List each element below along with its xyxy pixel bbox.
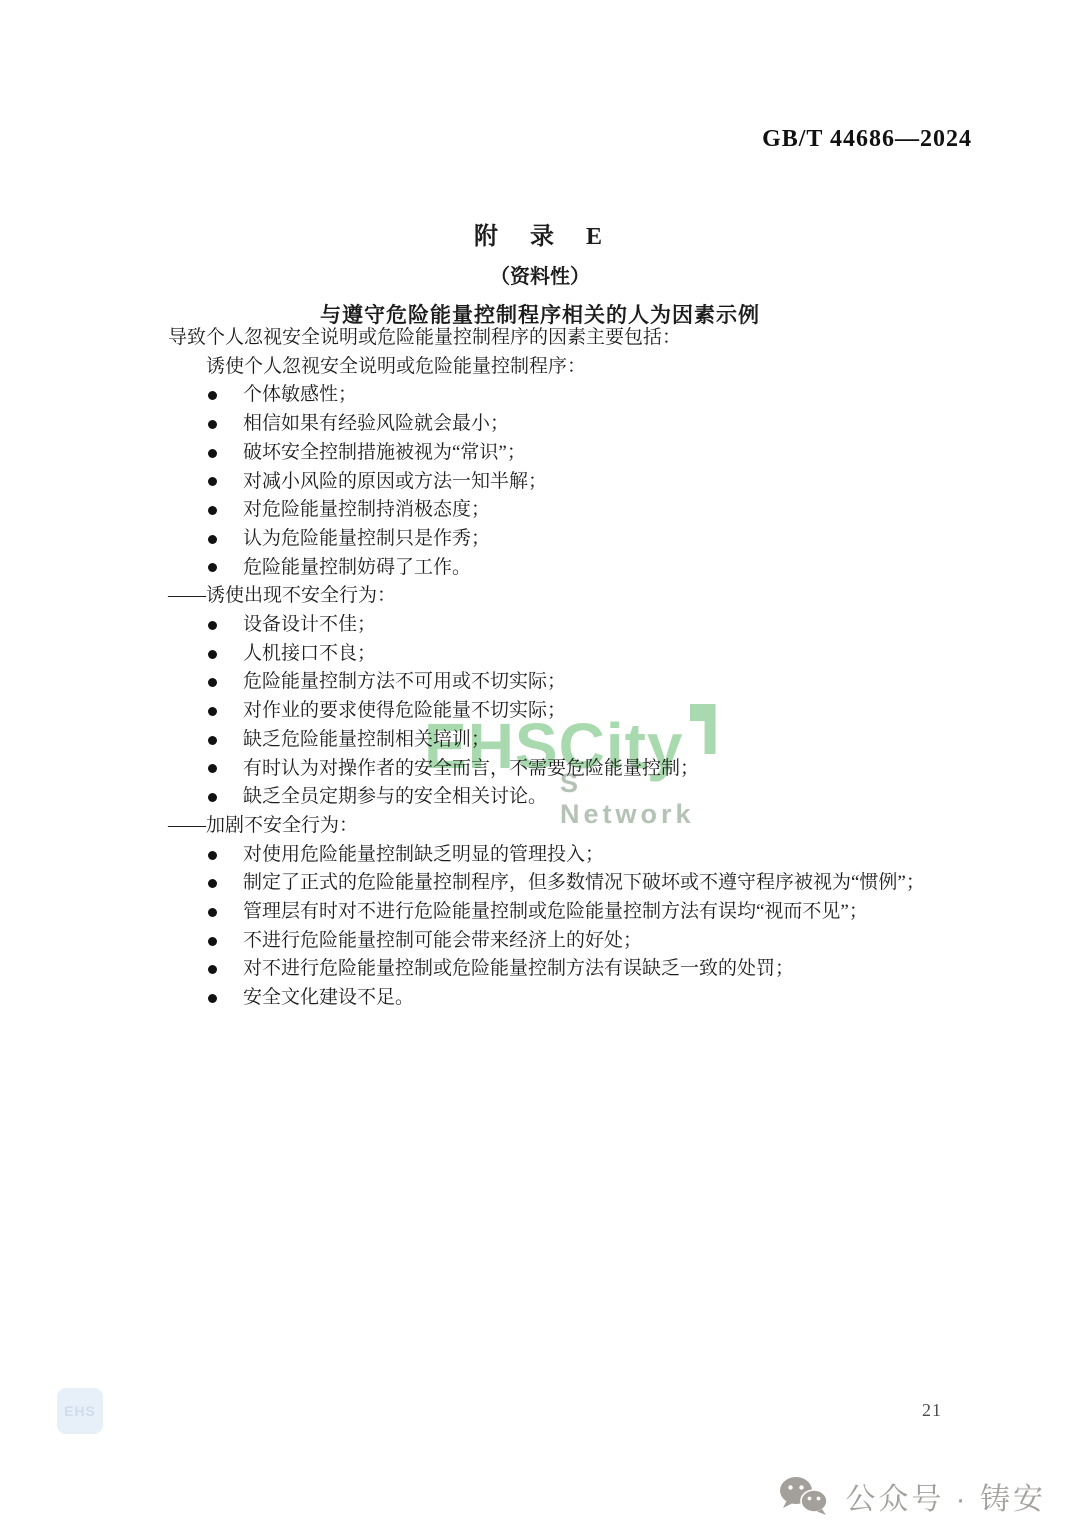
bullet-text: 对作业的要求使得危险能量不切实际； — [243, 697, 566, 726]
bullet-dot-icon — [208, 621, 217, 630]
document-page: GB/T 44686—2024 附 录 E （资料性） 与遵守危险能量控制程序相… — [0, 0, 1080, 1529]
bullet-item: 安全文化建设不足。 — [168, 984, 968, 1013]
document-body: 导致个人忽视安全说明或危险能量控制程序的因素主要包括： 诱使个人忽视安全说明或危… — [168, 324, 968, 1013]
standard-number: GB/T 44686—2024 — [762, 126, 972, 153]
footer-credit-text: 公众号 · 铸安 — [845, 1474, 1046, 1518]
bullet-text: 缺乏全员定期参与的安全相关讨论。 — [243, 783, 547, 812]
bullet-text: 个体敏感性； — [243, 381, 357, 410]
bullet-item: 对减小风险的原因或方法一知半解； — [168, 468, 968, 497]
bullet-item: 对使用危险能量控制缺乏明显的管理投入； — [168, 841, 968, 870]
appendix-title: 附 录 E — [0, 216, 1080, 251]
bullet-text: 设备设计不佳； — [243, 611, 376, 640]
bullet-item: 设备设计不佳； — [168, 611, 968, 640]
ehs-logo-text: EHS — [64, 1403, 96, 1419]
bullet-text: 管理层有时对不进行危险能量控制或危险能量控制方法有误均“视而不见”； — [243, 898, 868, 927]
bullet-dot-icon — [208, 477, 217, 486]
bullet-text: 不进行危险能量控制可能会带来经济上的好处； — [243, 927, 642, 956]
bullet-item: 认为危险能量控制只是作秀； — [168, 525, 968, 554]
bullet-item: 破坏安全控制措施被视为“常识”； — [168, 439, 968, 468]
page-number: 21 — [922, 1400, 942, 1421]
factor-sections: 诱使个人忽视安全说明或危险能量控制程序：个体敏感性；相信如果有经验风险就会最小；… — [168, 353, 968, 1013]
bullet-dot-icon — [208, 650, 217, 659]
bullet-item: 个体敏感性； — [168, 381, 968, 410]
bullet-dot-icon — [208, 563, 217, 572]
bullet-item: 不进行危险能量控制可能会带来经济上的好处； — [168, 927, 968, 956]
bullet-text: 相信如果有经验风险就会最小； — [243, 410, 509, 439]
bullet-item: 缺乏危险能量控制相关培训； — [168, 726, 968, 755]
bullet-dot-icon — [208, 908, 217, 917]
bullet-item: 有时认为对操作者的安全而言，不需要危险能量控制； — [168, 755, 968, 784]
bullet-item: 对作业的要求使得危险能量不切实际； — [168, 697, 968, 726]
bullet-dot-icon — [208, 793, 217, 802]
bullet-dot-icon — [208, 965, 217, 974]
intro-paragraph: 导致个人忽视安全说明或危险能量控制程序的因素主要包括： — [168, 324, 968, 353]
appendix-classification: （资料性） — [0, 260, 1080, 289]
bullet-text: 对危险能量控制持消极态度； — [243, 496, 490, 525]
bullet-dot-icon — [208, 851, 217, 860]
bullet-dot-icon — [208, 535, 217, 544]
bullet-text: 认为危险能量控制只是作秀； — [243, 525, 490, 554]
bullet-dot-icon — [208, 937, 217, 946]
bullet-item: 管理层有时对不进行危险能量控制或危险能量控制方法有误均“视而不见”； — [168, 898, 968, 927]
footer-credit: 公众号 · 铸安 — [777, 1474, 1046, 1518]
bullet-text: 对使用危险能量控制缺乏明显的管理投入； — [243, 841, 604, 870]
bullet-dot-icon — [208, 449, 217, 458]
bullet-dot-icon — [208, 420, 217, 429]
bullet-text: 破坏安全控制措施被视为“常识”； — [243, 439, 526, 468]
bullet-dot-icon — [208, 707, 217, 716]
bullet-text: 安全文化建设不足。 — [243, 984, 414, 1013]
bullet-dot-icon — [208, 391, 217, 400]
bullet-dot-icon — [208, 506, 217, 515]
wechat-icon — [777, 1475, 829, 1517]
bullet-text: 缺乏危险能量控制相关培训； — [243, 726, 490, 755]
bullet-text: 危险能量控制妨碍了工作。 — [243, 554, 471, 583]
bullet-item: 人机接口不良； — [168, 640, 968, 669]
bullet-item: 相信如果有经验风险就会最小； — [168, 410, 968, 439]
bullet-text: 对不进行危险能量控制或危险能量控制方法有误缺乏一致的处罚； — [243, 955, 794, 984]
section-lead: 诱使个人忽视安全说明或危险能量控制程序： — [168, 353, 968, 382]
bullet-dot-icon — [208, 764, 217, 773]
bullet-text: 危险能量控制方法不可用或不切实际； — [243, 668, 566, 697]
bullet-item: 危险能量控制妨碍了工作。 — [168, 554, 968, 583]
bullet-dot-icon — [208, 879, 217, 888]
bullet-text: 对减小风险的原因或方法一知半解； — [243, 468, 547, 497]
bullet-item: 缺乏全员定期参与的安全相关讨论。 — [168, 783, 968, 812]
section-lead: ——诱使出现不安全行为： — [168, 582, 968, 611]
bullet-dot-icon — [208, 736, 217, 745]
bullet-text: 有时认为对操作者的安全而言，不需要危险能量控制； — [243, 755, 699, 784]
ehs-logo: EHS — [57, 1388, 103, 1434]
bullet-text: 制定了正式的危险能量控制程序，但多数情况下破坏或不遵守程序被视为“惯例”； — [243, 869, 925, 898]
bullet-item: 对危险能量控制持消极态度； — [168, 496, 968, 525]
bullet-item: 制定了正式的危险能量控制程序，但多数情况下破坏或不遵守程序被视为“惯例”； — [168, 869, 968, 898]
bullet-item: 危险能量控制方法不可用或不切实际； — [168, 668, 968, 697]
bullet-item: 对不进行危险能量控制或危险能量控制方法有误缺乏一致的处罚； — [168, 955, 968, 984]
bullet-text: 人机接口不良； — [243, 640, 376, 669]
section-lead: ——加剧不安全行为： — [168, 812, 968, 841]
bullet-dot-icon — [208, 994, 217, 1003]
bullet-dot-icon — [208, 678, 217, 687]
title-block: 附 录 E （资料性） 与遵守危险能量控制程序相关的人为因素示例 — [0, 216, 1080, 329]
